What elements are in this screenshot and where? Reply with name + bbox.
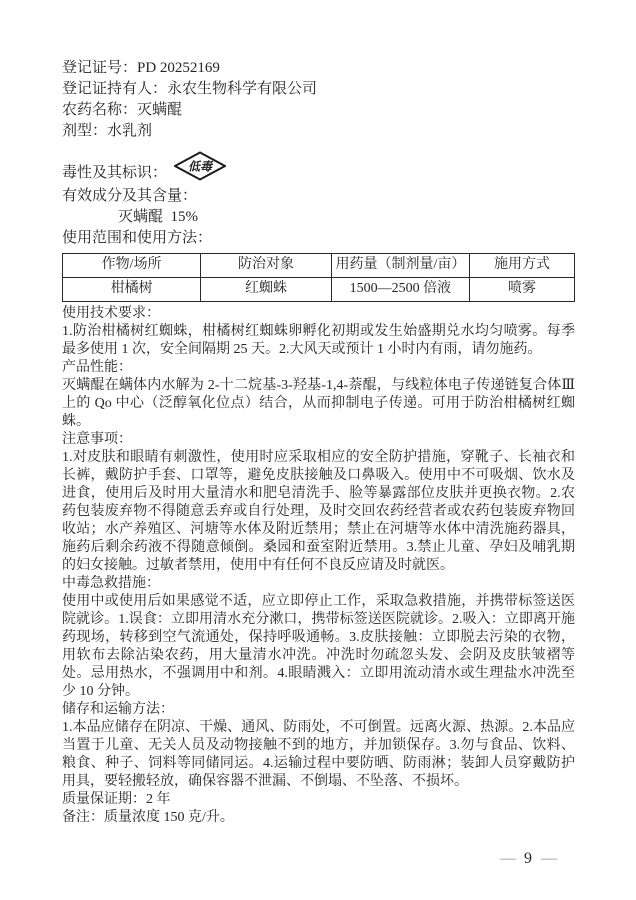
usage-table-header-row: 作物/场所 防治对象 用药量（制剂量/亩） 施用方式 <box>63 254 575 278</box>
cell-crop: 柑橘树 <box>63 278 201 302</box>
section-title-product-performance: 产品性能： <box>62 359 575 377</box>
section-body-product-performance: 灭螨醌在螨体内水解为 2-十二烷基-3-羟基-1,4-萘醌，与线粒体电子传递链复… <box>62 377 575 431</box>
section-body-precautions: 1.对皮肤和眼睛有刺激性，使用时应采取相应的安全防护措施，穿靴子、长袖衣和长裤，… <box>62 449 575 575</box>
registrant-name: 登记证持有人：永农生物科学有限公司 <box>62 79 575 100</box>
section-title-first-aid: 中毒急救措施： <box>62 575 575 593</box>
section-body-first-aid: 使用中或使用后如果感觉不适，应立即停止工作，采取急救措施，并携带标签送医院就诊。… <box>62 593 575 701</box>
ingredient-value: 灭螨醌 15% <box>62 207 575 228</box>
page-number-dash-right: — <box>541 850 556 868</box>
col-header-dosage: 用药量（制剂量/亩） <box>331 254 469 278</box>
section-title-storage-transport: 储存和运输方法： <box>62 701 575 719</box>
page-number-value: 9 <box>524 850 532 868</box>
warranty-period: 质量保证期：2 年 <box>62 791 575 809</box>
ingredient-heading: 有效成分及其含量： <box>62 186 575 207</box>
toxicity-row: 毒性及其标识： 低毒 <box>62 163 575 184</box>
section-body-storage-transport: 1.本品应储存在阴凉、干燥、通风、防雨处，不可倒置。远离火源、热源。2.本品应当… <box>62 719 575 791</box>
usage-table: 作物/场所 防治对象 用药量（制剂量/亩） 施用方式 柑橘树 红蜘蛛 1500—… <box>62 253 575 302</box>
toxicity-label: 毒性及其标识： <box>62 165 167 181</box>
cell-dosage: 1500—2500 倍液 <box>331 278 469 302</box>
cell-method: 喷雾 <box>470 278 575 302</box>
diamond-badge-shape: 低毒 <box>174 151 226 181</box>
low-toxicity-diamond-icon: 低毒 <box>174 151 226 181</box>
section-body-technical-requirements: 1.防治柑橘树红蜘蛛，柑橘树红蜘蛛卵孵化初期或发生始盛期兑水均匀喷雾。每季最多使… <box>62 323 575 359</box>
section-title-technical-requirements: 使用技术要求： <box>62 305 575 323</box>
document-sections: 使用技术要求： 1.防治柑橘树红蜘蛛，柑橘树红蜘蛛卵孵化初期或发生始盛期兑水均匀… <box>62 305 575 827</box>
col-header-target-pest: 防治对象 <box>201 254 332 278</box>
page-number-dash-left: — <box>500 850 515 868</box>
col-header-application-method: 施用方式 <box>470 254 575 278</box>
col-header-crop-site: 作物/场所 <box>63 254 201 278</box>
page-number: — 9 — <box>500 850 556 868</box>
registration-number: 登记证号：PD 20252169 <box>62 58 575 79</box>
toxicity-badge-text: 低毒 <box>188 160 214 174</box>
pesticide-name: 农药名称：灭螨醌 <box>62 100 575 121</box>
document-content: 登记证号：PD 20252169 登记证持有人：永农生物科学有限公司 农药名称：… <box>62 58 575 827</box>
usage-scope-heading: 使用范围和使用方法： <box>62 228 575 249</box>
cell-pest: 红蜘蛛 <box>201 278 332 302</box>
table-row: 柑橘树 红蜘蛛 1500—2500 倍液 喷雾 <box>63 278 575 302</box>
section-title-precautions: 注意事项： <box>62 431 575 449</box>
formulation-type: 剂型：水乳剂 <box>62 121 575 142</box>
document-page: 登记证号：PD 20252169 登记证持有人：永农生物科学有限公司 农药名称：… <box>0 0 636 900</box>
remark-line: 备注：质量浓度 150 克/升。 <box>62 809 575 827</box>
